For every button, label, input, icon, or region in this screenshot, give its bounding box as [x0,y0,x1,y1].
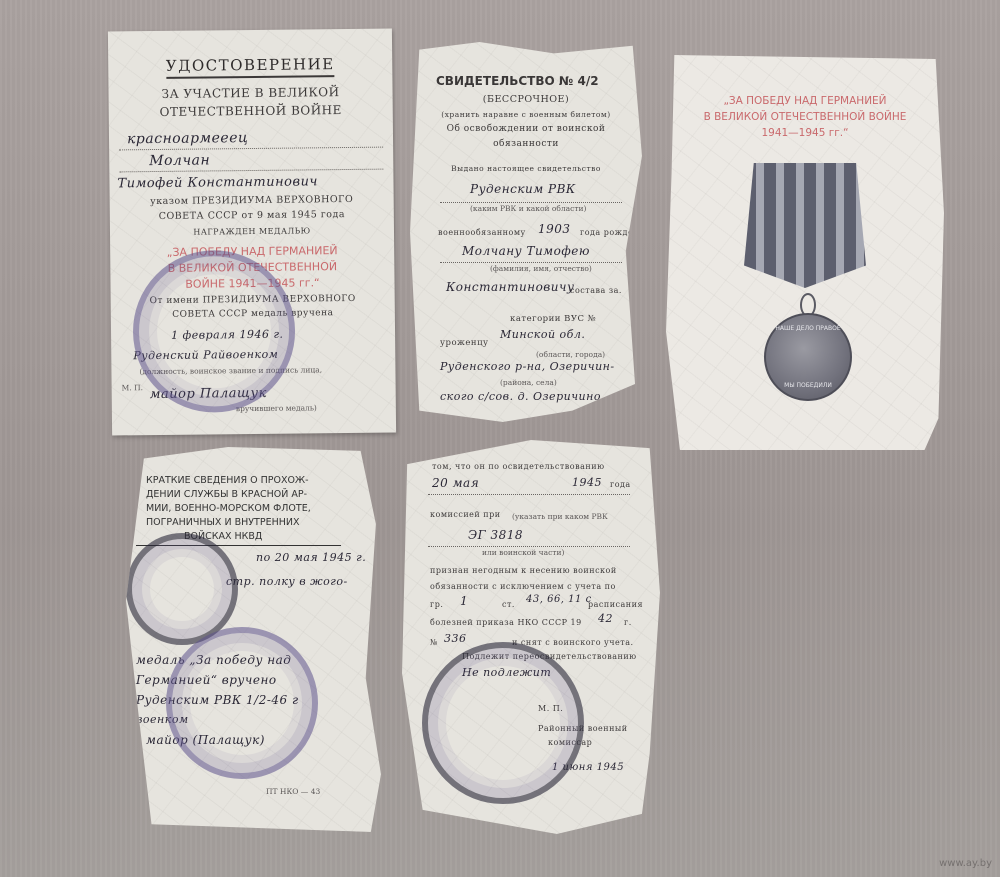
handwritten-line: по 20 мая 1945 г. [256,551,366,564]
handwritten-year: 1903 [538,222,571,236]
handwritten-rank: красноармееец [127,130,248,147]
medal-cover-title: 1941—1945 гг.“ [666,127,944,139]
handwritten-date: 1 февраля 1946 г. [171,328,284,342]
caption: (каким РВК и какой области) [470,204,586,213]
handwritten-signature: майор (Палащук) [146,733,265,747]
caption: (района, села) [500,378,557,387]
caption: вручившего медаль) [236,403,317,413]
seal-place: М. П. [538,704,563,713]
handwritten-line: военком [136,713,189,726]
handwritten-st: 43, 66, 11 с [526,594,592,605]
handwritten-office: Руденский Райвоенком [133,348,278,363]
handwritten-name: Тимофей Константинович [117,174,318,191]
seal-place: М. П. [122,383,143,392]
commissar-text: комиссар [548,738,592,747]
handwritten-line: стр. полку в жого- [226,575,348,588]
unfit-text: признан негодным к несению воинской [430,566,617,575]
print-code: ПТ НКО — 43 [266,787,320,796]
caption: или воинской части) [482,548,564,557]
commission-text: комиссией при [430,510,501,519]
medal-cover-title: „ЗА ПОБЕДУ НАД ГЕРМАНИЕЙ [666,95,944,107]
commission-text: том, что он по освидетельствованию [432,462,605,471]
service-heading: МИИ, ВОЕННО-МОРСКОМ ФЛОТЕ, [146,503,311,514]
order-text: болезней приказа НКО СССР 19 [430,618,582,627]
victory-medal-icon: НАШЕ ДЕЛО ПРАВОЕ МЫ ПОБЕДИЛИ [764,313,852,401]
certificate-participation: УДОСТОВЕРЕНИЕ ЗА УЧАСТИЕ В ВЕЛИКОЙ ОТЕЧЕ… [108,29,396,436]
handwritten-region: Минской обл. [500,328,585,341]
commissar-text: Районный военный [538,724,628,733]
medal-ribbon-icon [744,163,866,288]
number-label: № [430,638,438,647]
certificate-title: УДОСТОВЕРЕНИЕ [108,55,392,76]
medal-cover-title: В ВЕЛИКОЙ ОТЕЧЕСТВЕННОЙ ВОЙНЕ [666,111,944,123]
handwritten-village: ского с/сов. д. Озеричино [440,390,601,403]
behalf-text: От имени ПРЕЗИДИУМА ВЕРХОВНОГО [111,294,395,307]
year-suffix: года [610,480,631,489]
handwritten-signature: майор Палащук [150,386,267,402]
commission-page: том, что он по освидетельствованию 20 ма… [402,432,660,834]
decree-text: указом ПРЕЗИДИУМА ВЕРХОВНОГО [110,194,394,208]
liable-text: военнообязанному [438,228,526,237]
behalf-text: СОВЕТА СССР медаль вручена [111,308,395,321]
schedule-text: расписания [588,600,643,609]
medal-name: В ВЕЛИКОЙ ОТЕЧЕСТВЕННОЙ [110,260,394,276]
keep-note: (хранить наравне с военным билетом) [410,110,642,119]
composition-text: состава за. [570,286,622,295]
handwritten-number: 336 [444,632,467,645]
service-heading: КРАТКИЕ СВЕДЕНИЯ О ПРОХОЖ- [146,475,309,486]
unfit-text: обязанности с исключением с учета по [430,582,616,591]
vus-text: категории ВУС № [510,314,596,324]
medal-name: ВОЙНЕ 1941—1945 гг.“ [110,276,394,292]
decree-text: СОВЕТА СССР от 9 мая 1945 года [110,209,394,223]
handwritten-line: медаль „За победу над [136,653,291,667]
caption: (указать при каком РВК [512,512,608,521]
handwritten-order-year: 42 [598,612,613,625]
handwritten-year: 1945 [572,476,602,489]
medal-name: „ЗА ПОБЕДУ НАД ГЕРМАНИЕЙ [110,244,394,260]
native-text: уроженцу [440,338,489,348]
handwritten-line: Германией“ вручено [136,673,277,687]
handwritten-patronymic: Константиновичу [446,280,574,294]
handwritten-re-exam: Не подлежит [462,666,551,679]
handwritten-surname: Молчан [149,152,210,169]
awarded-text: НАГРАЖДЕН МЕДАЛЬЮ [110,226,394,238]
year-suffix: года рождения [580,228,642,237]
handwritten-line: Руденским РВК 1/2-46 г [136,693,299,707]
purpose-text: обязанности [410,139,642,149]
perpetual-label: (БЕССРОЧНОЕ) [410,94,642,105]
title-divider [166,75,334,79]
watermark: www.ay.by [939,858,992,869]
order-suffix: г. [624,618,632,627]
re-exam-text: Подлежит переосвидетельствованию [462,652,637,661]
heading-divider [136,545,341,546]
purpose-text: Об освобождении от воинской [410,124,642,134]
handwritten-district: Руденского р-на, Озеричин- [440,360,615,373]
issued-text: Выдано настоящее свидетельство [410,164,642,173]
caption: (области, города) [536,350,605,359]
service-heading: ВОЙСКАХ НКВД [184,531,262,542]
service-heading: ДЕНИИ СЛУЖБЫ В КРАСНОЙ АР- [146,489,307,500]
st-label: ст. [502,600,515,609]
certificate-subtitle: ОТЕЧЕСТВЕННОЙ ВОЙНЕ [109,103,393,120]
dark-stamp [126,533,238,645]
handwritten-rvk: Руденским РВК [470,182,576,196]
handwritten-unit: ЭГ 3818 [468,528,523,542]
medal-booklet-cover: „ЗА ПОБЕДУ НАД ГЕРМАНИЕЙ В ВЕЛИКОЙ ОТЕЧЕ… [666,55,944,450]
handwritten-date: 20 мая [432,476,479,490]
caption: (фамилия, имя, отчество) [490,264,592,273]
gr-label: гр. [430,600,443,609]
certificate-exemption: СВИДЕТЕЛЬСТВО № 4/2 (БЕССРОЧНОЕ) (хранит… [410,42,642,422]
handwritten-issue-date: 1 июня 1945 [552,762,624,773]
service-record: КРАТКИЕ СВЕДЕНИЯ О ПРОХОЖ- ДЕНИИ СЛУЖБЫ … [126,447,381,832]
handwritten-gr: 1 [460,594,468,608]
handwritten-surname: Молчану Тимофею [462,244,590,258]
exemption-title: СВИДЕТЕЛЬСТВО № 4/2 [436,74,599,88]
certificate-subtitle: ЗА УЧАСТИЕ В ВЕЛИКОЙ [108,85,392,102]
removed-text: и снят с воинского учета. [512,638,634,647]
caption: (должность, воинское звание и подпись ли… [139,365,322,376]
service-heading: ПОГРАНИЧНЫХ И ВНУТРЕННИХ [146,517,299,528]
